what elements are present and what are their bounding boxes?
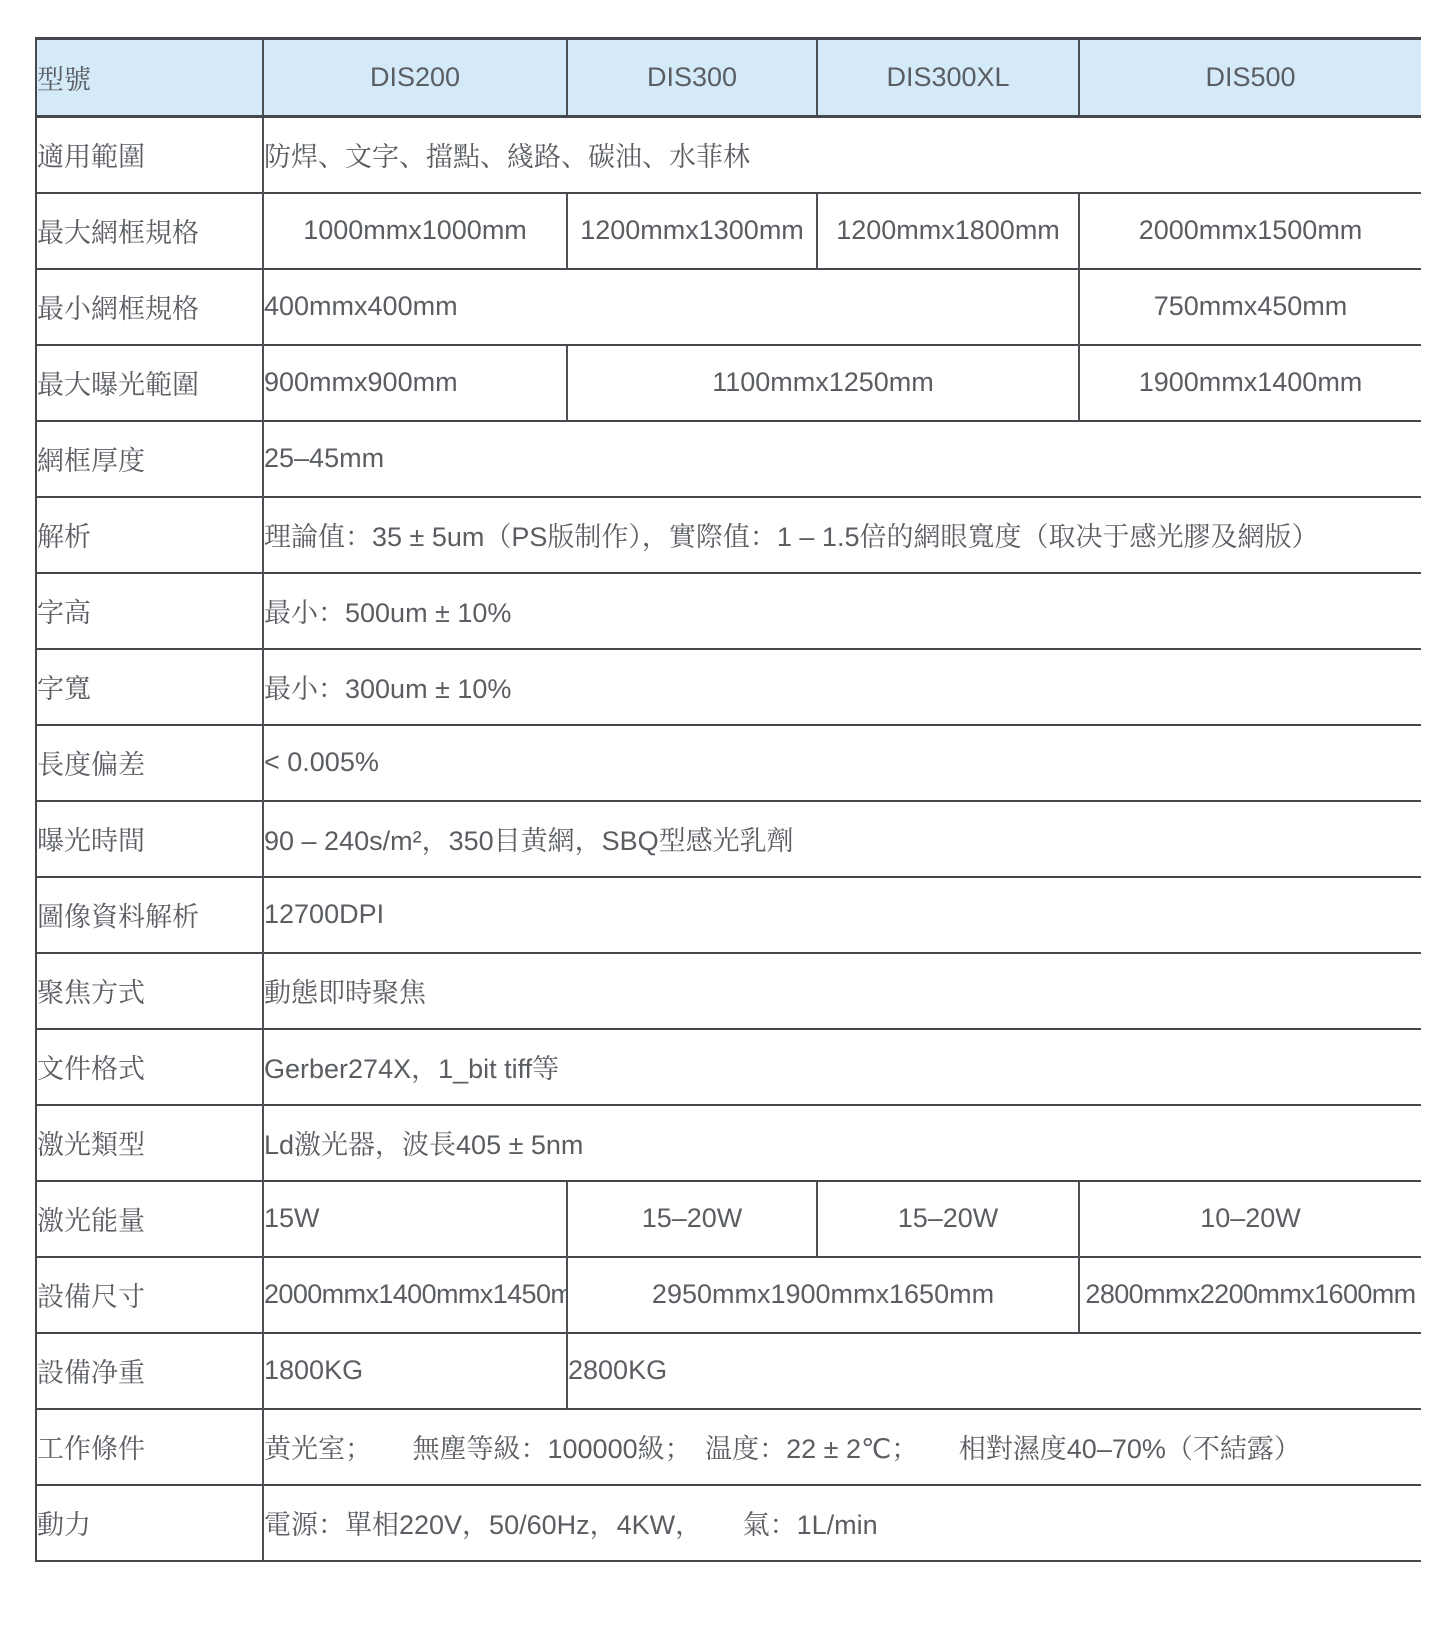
row-label: 字高 <box>36 573 263 649</box>
spec-cell: 15W <box>263 1181 567 1257</box>
model-header-dis300xl: DIS300XL <box>817 39 1079 117</box>
spec-cell: 2800KG <box>567 1333 1421 1409</box>
spec-row-min-frame-size: 最小網框規格 400mmx400mm 750mmx450mm <box>36 269 1421 345</box>
spec-cell: 1800KG <box>263 1333 567 1409</box>
model-header-dis200: DIS200 <box>263 39 567 117</box>
spec-cell: 750mmx450mm <box>1079 269 1421 345</box>
spec-row-laser-power: 激光能量 15W 15–20W 15–20W 10–20W <box>36 1181 1421 1257</box>
spec-cell: 1000mmx1000mm <box>263 193 567 269</box>
spec-row-laser-type: 激光類型 Ld激光器，波長405 ± 5nm <box>36 1105 1421 1181</box>
spec-cell: < 0.005% <box>263 725 1421 801</box>
spec-table: 型號 DIS200 DIS300 DIS300XL DIS500 適用範圍 防焊… <box>35 37 1421 1562</box>
spec-cell: 10–20W <box>1079 1181 1421 1257</box>
row-label: 激光能量 <box>36 1181 263 1257</box>
header-label: 型號 <box>36 39 263 117</box>
row-label: 曝光時間 <box>36 801 263 877</box>
spec-cell: 2950mmx1900mmx1650mm <box>567 1257 1079 1333</box>
row-label: 解析 <box>36 497 263 573</box>
row-label: 網框厚度 <box>36 421 263 497</box>
spec-cell: 1200mmx1300mm <box>567 193 817 269</box>
spec-cell: Ld激光器，波長405 ± 5nm <box>263 1105 1421 1181</box>
spec-cell: 900mmx900mm <box>263 345 567 421</box>
row-label: 最大網框規格 <box>36 193 263 269</box>
spec-cell: 15–20W <box>817 1181 1079 1257</box>
spec-row-file-format: 文件格式 Gerber274X，1_bit tiff等 <box>36 1029 1421 1105</box>
spec-row-machine-dimensions: 設備尺寸 2000mmx1400mmx1450mm 2950mmx1900mmx… <box>36 1257 1421 1333</box>
spec-row-resolution: 解析 理論值：35 ± 5um（PS版制作），實際值：1 – 1.5倍的網眼寬度… <box>36 497 1421 573</box>
spec-row-char-height: 字高 最小：500um ± 10% <box>36 573 1421 649</box>
spec-row-application: 適用範圍 防焊、文字、擋點、綫路、碳油、水菲林 <box>36 117 1421 193</box>
header-row: 型號 DIS200 DIS300 DIS300XL DIS500 <box>36 39 1421 117</box>
spec-cell: 25–45mm <box>263 421 1421 497</box>
spec-cell: 電源：單相220V，50/60Hz，4KW， 氣：1L/min <box>263 1485 1421 1561</box>
spec-cell: 1100mmx1250mm <box>567 345 1079 421</box>
model-header-dis500: DIS500 <box>1079 39 1421 117</box>
spec-cell: 動態即時聚焦 <box>263 953 1421 1029</box>
row-label: 設備尺寸 <box>36 1257 263 1333</box>
spec-row-frame-thickness: 網框厚度 25–45mm <box>36 421 1421 497</box>
spec-row-exposure-time: 曝光時間 90 – 240s/m²，350目黄網，SBQ型感光乳劑 <box>36 801 1421 877</box>
row-label: 設備净重 <box>36 1333 263 1409</box>
spec-cell: 15–20W <box>567 1181 817 1257</box>
spec-cell: 90 – 240s/m²，350目黄網，SBQ型感光乳劑 <box>263 801 1421 877</box>
spec-row-power: 動力 電源：單相220V，50/60Hz，4KW， 氣：1L/min <box>36 1485 1421 1561</box>
row-label: 工作條件 <box>36 1409 263 1485</box>
spec-table-wrap: 型號 DIS200 DIS300 DIS300XL DIS500 適用範圍 防焊… <box>35 37 1421 1562</box>
spec-cell: 2000mmx1400mmx1450mm <box>263 1257 567 1333</box>
spec-cell: 理論值：35 ± 5um（PS版制作），實際值：1 – 1.5倍的網眼寬度（取决… <box>263 497 1421 573</box>
spec-row-length-deviation: 長度偏差 < 0.005% <box>36 725 1421 801</box>
spec-cell: 400mmx400mm <box>263 269 1079 345</box>
spec-row-max-frame-size: 最大網框規格 1000mmx1000mm 1200mmx1300mm 1200m… <box>36 193 1421 269</box>
row-label: 最小網框規格 <box>36 269 263 345</box>
spec-cell: 最小：300um ± 10% <box>263 649 1421 725</box>
spec-row-image-data-resolution: 圖像資料解析 12700DPI <box>36 877 1421 953</box>
spec-cell: 最小：500um ± 10% <box>263 573 1421 649</box>
model-header-dis300: DIS300 <box>567 39 817 117</box>
spec-row-working-conditions: 工作條件 黄光室； 無塵等級：100000級； 温度：22 ± 2℃； 相對濕度… <box>36 1409 1421 1485</box>
row-label: 動力 <box>36 1485 263 1561</box>
spec-cell: 2800mmx2200mmx1600mm <box>1079 1257 1421 1333</box>
spec-cell: 1900mmx1400mm <box>1079 345 1421 421</box>
row-label: 適用範圍 <box>36 117 263 193</box>
spec-row-focus-mode: 聚焦方式 動態即時聚焦 <box>36 953 1421 1029</box>
row-label: 圖像資料解析 <box>36 877 263 953</box>
row-label: 最大曝光範圍 <box>36 345 263 421</box>
spec-cell: 2000mmx1500mm <box>1079 193 1421 269</box>
spec-cell: 12700DPI <box>263 877 1421 953</box>
spec-row-net-weight: 設備净重 1800KG 2800KG <box>36 1333 1421 1409</box>
spec-cell: 1200mmx1800mm <box>817 193 1079 269</box>
spec-row-char-width: 字寬 最小：300um ± 10% <box>36 649 1421 725</box>
spec-cell: 防焊、文字、擋點、綫路、碳油、水菲林 <box>263 117 1421 193</box>
row-label: 文件格式 <box>36 1029 263 1105</box>
spec-cell: Gerber274X，1_bit tiff等 <box>263 1029 1421 1105</box>
row-label: 激光類型 <box>36 1105 263 1181</box>
row-label: 長度偏差 <box>36 725 263 801</box>
row-label: 聚焦方式 <box>36 953 263 1029</box>
spec-cell: 黄光室； 無塵等級：100000級； 温度：22 ± 2℃； 相對濕度40–70… <box>263 1409 1421 1485</box>
row-label: 字寬 <box>36 649 263 725</box>
spec-row-max-exposure-area: 最大曝光範圍 900mmx900mm 1100mmx1250mm 1900mmx… <box>36 345 1421 421</box>
